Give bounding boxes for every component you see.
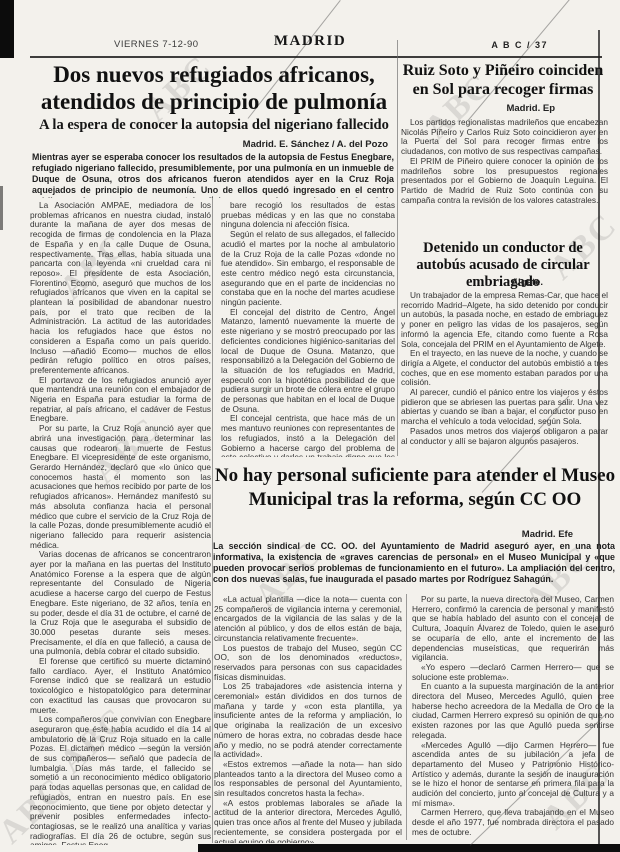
main-article-byline: Madrid. E. Sánchez / A. del Pozo (36, 139, 388, 150)
header-rule (30, 56, 602, 58)
article-paragraph: En el trayecto, en las nueve de la noche… (401, 349, 608, 388)
main-article-column-1: La Asociación AMPAE, mediadora de los pr… (30, 201, 211, 845)
article-paragraph: Carmen Herrero, que lleva trabajando en … (412, 808, 614, 837)
article-paragraph: La Asociación AMPAE, mediadora de los pr… (30, 201, 211, 376)
article-paragraph: El PRIM de Piñeiro quiere conocer la opi… (401, 157, 608, 206)
page-number: A B C / 37 (491, 40, 548, 50)
article-paragraph: «A estos problemas laborales se añade la… (214, 799, 402, 843)
column-divider (212, 196, 213, 843)
sidebar-article-1-body: Los partidos regionalistas madrileños qu… (401, 118, 608, 234)
article-paragraph: Pasados unos metros dos viajeros obligar… (401, 427, 608, 446)
article-paragraph: Según el relato de sus allegados, el fal… (221, 230, 395, 308)
article-paragraph: Los 25 trabajadores «de asistencia inter… (214, 682, 402, 760)
article-paragraph: Al parecer, cundió el pánico entre los v… (401, 388, 608, 427)
sidebar-article-1-byline: Madrid. Ep (401, 103, 605, 114)
article-paragraph: bare recogió los resultados de estas pru… (221, 201, 395, 230)
bottom-article-headline: No hay personal suficiente para atender … (213, 464, 617, 511)
main-article-headline: Dos nuevos refugiados africanos, atendid… (36, 61, 392, 115)
column-divider (406, 594, 407, 840)
article-paragraph: «Estos extremos —añade la nota— han sido… (214, 760, 402, 799)
main-article-column-2: bare recogió los resultados de estas pru… (221, 201, 395, 457)
article-paragraph: El forense que certificó su muerte dicta… (30, 657, 211, 715)
sidebar-article-2-byline: Algete. (401, 277, 605, 288)
scan-bottom-bar (198, 844, 620, 852)
main-article-lead: Mientras ayer se esperaba conocer los re… (32, 152, 394, 198)
article-paragraph: Los partidos regionalistas madrileños qu… (401, 118, 608, 157)
main-article-subheadline: A la espera de conocer la autopsia del n… (36, 117, 392, 134)
bottom-article-byline: Madrid. Efe (213, 529, 613, 540)
article-paragraph: Por su parte, la nueva directora del Mus… (412, 595, 614, 663)
newspaper-page: ABC ABC ABC ABC ABC ABC ABC ABC ABC ABC … (0, 0, 620, 852)
bottom-article-column-2: Por su parte, la nueva directora del Mus… (412, 595, 614, 843)
scan-edge-mark (0, 186, 3, 230)
bottom-article-column-1: «La actual plantilla —dice la nota— cuen… (214, 595, 402, 843)
article-paragraph: Los compañeros que convivían con Enegbar… (30, 715, 211, 845)
article-paragraph: Por su parte, la Cruz Roja anunció ayer … (30, 424, 211, 550)
article-paragraph: «Yo espero —declaró Carmen Herrero— que … (412, 663, 614, 682)
bottom-article-lead: La sección sindical de CC. OO. del Ayunt… (213, 541, 615, 591)
article-paragraph: El concejal centrista, que hace más de u… (221, 414, 395, 457)
article-paragraph: Varias docenas de africanos se concentra… (30, 550, 211, 657)
article-paragraph: «La actual plantilla —dice la nota— cuen… (214, 595, 402, 644)
article-paragraph: «Mercedes Agulló —dijo Carmen Herrero— f… (412, 741, 614, 809)
article-paragraph: En cuanto a la supuesta marginación de l… (412, 682, 614, 740)
article-paragraph: El portavoz de los refugiados anunció ay… (30, 376, 211, 425)
article-paragraph: El concejal del distrito de Centro, Ánge… (221, 308, 395, 415)
sidebar-article-1-headline: Ruiz Soto y Piñeiro coinciden en Sol par… (401, 61, 605, 99)
sidebar-article-2-body: Un trabajador de la empresa Remas-Car, q… (401, 291, 608, 459)
article-paragraph: Los puestos de trabajo del Museo, según … (214, 644, 402, 683)
article-paragraph: Un trabajador de la empresa Remas-Car, q… (401, 291, 608, 349)
column-divider (397, 40, 398, 456)
